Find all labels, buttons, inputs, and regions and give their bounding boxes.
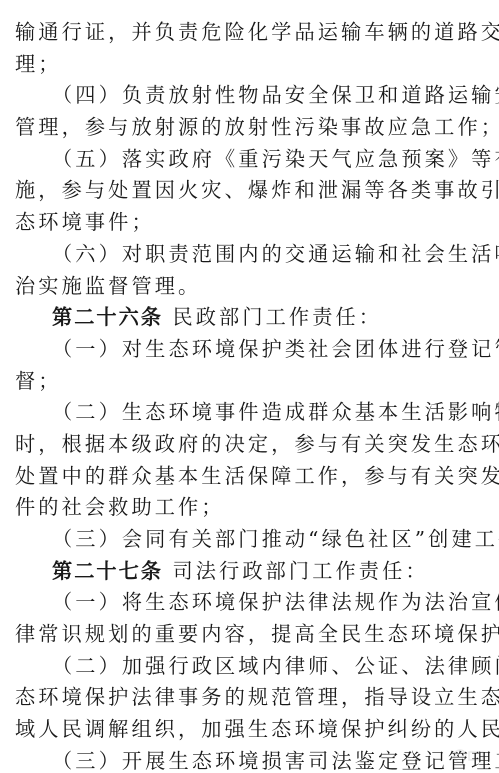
document-page: 输通行证，并负责危险化学品运输车辆的道路交通安全管 理； （四）负责放射性物品安… [15,17,485,773]
a27-item-three-line-1: （三）开展生态环境损害司法鉴定登记管理工作，加强 [15,746,485,773]
a26-item-one-line-2: 督； [15,366,485,398]
item-four-line-2: 管理，参与放射源的放射性污染事故应急工作； [15,112,485,144]
article-27-heading: 第二十七条 司法行政部门工作责任： [15,556,485,588]
a27-item-two-line-3: 域人民调解组织，加强生态环境保护纠纷的人民调解工作； [15,714,485,746]
item-six-line-2: 治实施监督管理。 [15,271,485,303]
article-26-number: 第二十六条 [52,305,163,329]
article-27-number: 第二十七条 [52,559,163,583]
a27-item-two-line-1: （二）加强行政区域内律师、公证、法律顾问等涉及生 [15,651,485,683]
a26-item-one-line-1: （一）对生态环境保护类社会团体进行登记管理和监 [15,334,485,366]
a26-item-two-line-3: 处置中的群众基本生活保障工作，参与有关突发生态环境事 [15,461,485,493]
a26-item-three-line-1: （三）会同有关部门推动“绿色社区”创建工作。 [15,524,485,556]
article-27-title: 司法行政部门工作责任： [172,559,428,583]
article-26-title: 民政部门工作责任： [172,305,382,329]
watermark-icon [451,747,487,765]
article-26-heading: 第二十六条 民政部门工作责任： [15,302,485,334]
item-five-line-2: 施，参与处置因火灾、爆炸和泄漏等各类事故引发的突发生 [15,175,485,207]
a27-item-one-line-1: （一）将生态环境保护法律法规作为法治宣传和普及法 [15,587,485,619]
a26-item-two-line-2: 时，根据本级政府的决定，参与有关突发生态环境事件应急 [15,429,485,461]
item-five-line-1: （五）落实政府《重污染天气应急预案》等有关应急措 [15,144,485,176]
text-line-1: 输通行证，并负责危险化学品运输车辆的道路交通安全管 [15,17,485,49]
a26-item-two-line-4: 件的社会救助工作； [15,492,485,524]
a27-item-two-line-2: 态环境保护法律事务的规范管理，指导设立生态环境保护领 [15,682,485,714]
text-line-2: 理； [15,49,485,81]
item-four-line-1: （四）负责放射性物品安全保卫和道路运输安全的监督 [15,80,485,112]
a26-item-two-line-1: （二）生态环境事件造成群众基本生活影响特别重大 [15,397,485,429]
item-five-line-3: 态环境事件； [15,207,485,239]
a27-item-one-line-2: 律常识规划的重要内容，提高全民生态环境保护法治意识； [15,619,485,651]
item-six-line-1: （六）对职责范围内的交通运输和社会生活噪声污染防 [15,239,485,271]
